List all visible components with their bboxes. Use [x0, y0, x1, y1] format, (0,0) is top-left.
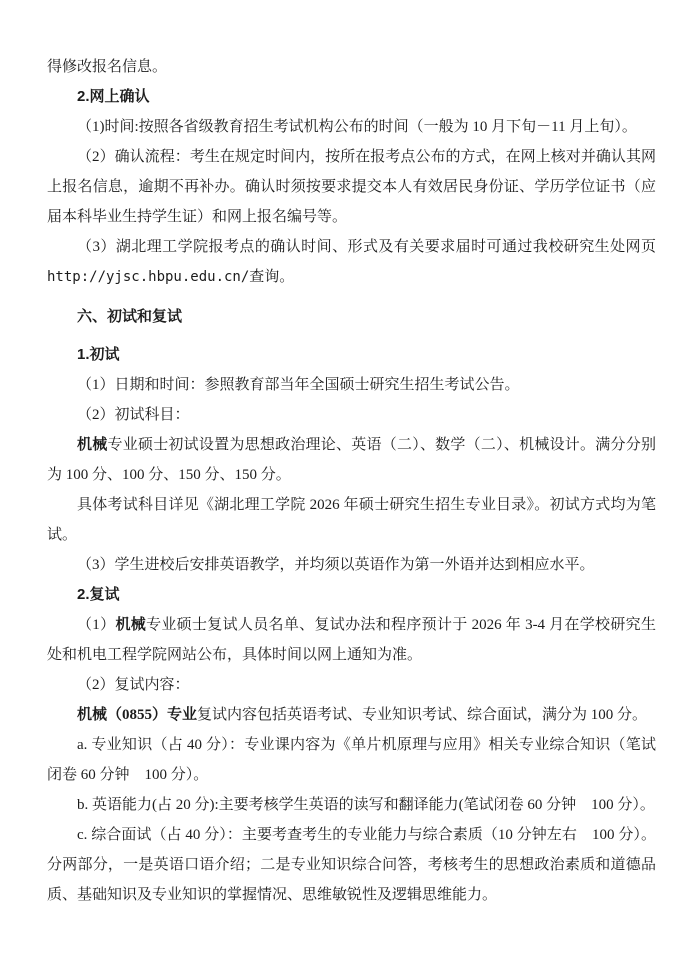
body-text: 查询。	[249, 269, 294, 285]
heading-retest: 2.复试	[47, 580, 656, 610]
heading-text: 2.网上确认	[77, 88, 150, 105]
body-text: b. 英语能力(占 20 分):主要考核学生英语的读写和翻译能力(笔试闭卷 60…	[77, 797, 655, 813]
para-retest-composition: 机械（0855）专业复试内容包括英语考试、专业知识考试、综合面试，满分为 100…	[47, 700, 656, 730]
section-heading-exams: 六、初试和复试	[47, 302, 656, 332]
item-confirmation-time: （1)时间:按照各省级教育招生考试机构公布的时间（一般为 10 月下旬－11 月…	[47, 112, 656, 142]
document-page: 得修改报名信息。 2.网上确认 （1)时间:按照各省级教育招生考试机构公布的时间…	[0, 0, 685, 955]
item-english-teaching: （3）学生进校后安排英语教学，并均须以英语作为第一外语并达到相应水平。	[47, 550, 656, 580]
para-exam-catalog-reference: 具体考试科目详见《湖北理工学院 2026 年硕士研究生招生专业目录》。初试方式均…	[47, 490, 656, 550]
heading-text: 1.初试	[77, 346, 120, 363]
body-text: a. 专业知识（占 40 分）：专业课内容为《单片机原理与应用》相关专业综合知识…	[47, 737, 656, 783]
body-text: （2）复试内容：	[77, 677, 190, 693]
bold-text: 机械	[115, 617, 146, 633]
item-hbpu-checkpoint: （3）湖北理工学院报考点的确认时间、形式及有关要求届时可通过我校研究生处网页 h…	[47, 232, 656, 292]
bold-text: 机械	[77, 437, 107, 453]
item-b-english-ability: b. 英语能力(占 20 分):主要考核学生英语的读写和翻译能力(笔试闭卷 60…	[47, 790, 656, 820]
body-text: （3）湖北理工学院报考点的确认时间、形式及有关要求届时可通过我校研究生处网页	[77, 239, 656, 255]
body-text: 专业硕士初试设置为思想政治理论、英语（二）、数学（二）、机械设计。满分分别为 1…	[47, 437, 656, 483]
body-text: 得修改报名信息。	[47, 59, 167, 75]
heading-initial-exam: 1.初试	[47, 340, 656, 370]
body-text: （2）初试科目：	[77, 407, 190, 423]
bold-text: 机械（0855）专业	[77, 707, 197, 723]
item-a-professional-knowledge: a. 专业知识（占 40 分）：专业课内容为《单片机原理与应用》相关专业综合知识…	[47, 730, 656, 790]
heading-text: 2.复试	[77, 586, 120, 603]
body-text: 具体考试科目详见《湖北理工学院 2026 年硕士研究生招生专业目录》。初试方式均…	[47, 497, 656, 543]
body-text: （1）	[77, 617, 115, 633]
item-c-comprehensive-interview: c. 综合面试（占 40 分）：主要考查考生的专业能力与综合素质（10 分钟左右…	[47, 820, 656, 910]
body-text: （2）确认流程：考生在规定时间内，按所在报考点公布的方式，在网上核对并确认其网上…	[47, 149, 656, 225]
item-retest-content-label: （2）复试内容：	[47, 670, 656, 700]
para-mechanical-initial-subjects: 机械专业硕士初试设置为思想政治理论、英语（二）、数学（二）、机械设计。满分分别为…	[47, 430, 656, 490]
body-text: （1)时间:按照各省级教育招生考试机构公布的时间（一般为 10 月下旬－11 月…	[77, 119, 637, 135]
body-text: （3）学生进校后安排英语教学，并均须以英语作为第一外语并达到相应水平。	[77, 557, 595, 573]
heading-text: 六、初试和复试	[77, 308, 182, 325]
item-retest-announcement: （1）机械专业硕士复试人员名单、复试办法和程序预计于 2026 年 3-4 月在…	[47, 610, 656, 670]
body-text: c. 综合面试（占 40 分）：主要考查考生的专业能力与综合素质（10 分钟左右…	[47, 827, 656, 903]
heading-online-confirmation: 2.网上确认	[47, 82, 656, 112]
continuation-line: 得修改报名信息。	[47, 52, 656, 82]
website-url: http://yjsc.hbpu.edu.cn/	[47, 269, 249, 285]
item-exam-date-time: （1）日期和时间：参照教育部当年全国硕士研究生招生考试公告。	[47, 370, 656, 400]
body-text: （1）日期和时间：参照教育部当年全国硕士研究生招生考试公告。	[77, 377, 520, 393]
body-text: 复试内容包括英语考试、专业知识考试、综合面试，满分为 100 分。	[197, 707, 647, 723]
item-exam-subjects-label: （2）初试科目：	[47, 400, 656, 430]
item-confirmation-process: （2）确认流程：考生在规定时间内，按所在报考点公布的方式，在网上核对并确认其网上…	[47, 142, 656, 232]
